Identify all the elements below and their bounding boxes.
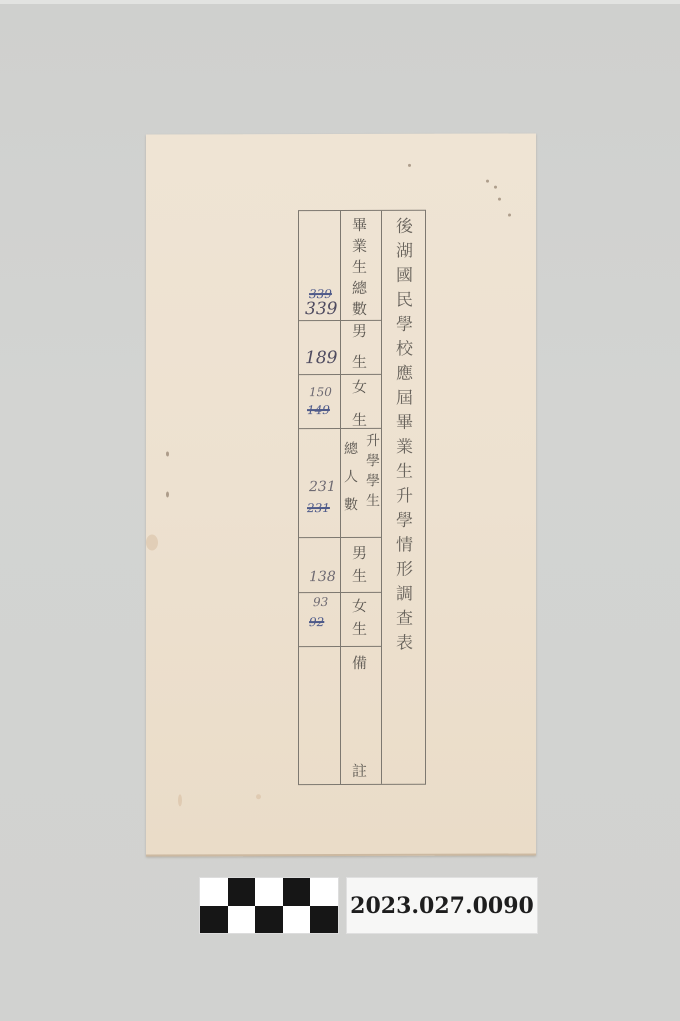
row-divider <box>299 537 381 538</box>
value-female-graduates: 150 <box>309 385 332 399</box>
scale-square-white <box>200 878 228 906</box>
scale-square-white <box>255 878 283 906</box>
ink-speck <box>166 491 169 497</box>
top-frame-edge <box>0 0 680 4</box>
label-total-graduates: 畢業生總數 <box>351 217 366 322</box>
struck-value-further-total: 231 <box>307 501 330 515</box>
column-divider <box>340 211 341 784</box>
label-remarks-top: 備 <box>351 655 366 674</box>
ink-speck <box>498 198 501 201</box>
label-further-study-male: 男生 <box>351 545 366 591</box>
ink-speck <box>408 164 411 167</box>
scale-square-white <box>228 906 256 934</box>
scale-square-white <box>310 878 338 906</box>
struck-value-further-female: 92 <box>309 615 324 629</box>
ink-speck <box>486 180 489 183</box>
column-divider <box>381 211 382 784</box>
foxing-stain <box>256 794 261 799</box>
value-further-study-male: 138 <box>309 569 336 585</box>
foxing-stain <box>146 534 158 550</box>
label-remarks-bottom: 註 <box>351 763 366 782</box>
ink-speck <box>508 214 511 217</box>
scale-square-white <box>283 906 311 934</box>
ink-speck <box>166 451 169 456</box>
struck-value-female: 149 <box>307 403 330 417</box>
row-divider <box>299 646 381 647</box>
value-further-study-female: 93 <box>313 595 328 609</box>
label-further-study-female: 女生 <box>351 598 366 644</box>
label-further-study-total: 總人數 <box>343 441 357 525</box>
accession-number-label: 2023.027.0090 <box>346 877 538 934</box>
scale-square-black <box>200 906 228 934</box>
scale-square-black <box>228 878 256 906</box>
scale-square-black <box>310 906 338 934</box>
accession-number: 2023.027.0090 <box>350 893 534 919</box>
label-male-graduates: 男生 <box>351 323 366 385</box>
row-divider <box>299 428 381 429</box>
value-total-graduates: 339 <box>305 299 337 319</box>
row-divider <box>299 320 381 321</box>
ink-speck <box>494 186 497 189</box>
row-divider <box>299 592 381 593</box>
form-title: 後湖國民學校應屆畢業生升學情形調查表 <box>393 217 410 658</box>
scale-square-black <box>255 906 283 934</box>
color-scale-bar <box>199 877 339 934</box>
foxing-stain <box>178 794 182 806</box>
label-group-further-study: 升學學生 <box>365 433 379 513</box>
value-further-study-total: 231 <box>309 479 336 495</box>
document-paper: 後湖國民學校應屆畢業生升學情形調查表 畢業生總數 男生 女生 升學學生 總人數 … <box>146 133 536 856</box>
scale-square-black <box>283 878 311 906</box>
survey-table: 後湖國民學校應屆畢業生升學情形調查表 畢業生總數 男生 女生 升學學生 總人數 … <box>298 210 426 785</box>
paper-bottom-edge <box>146 853 536 856</box>
row-divider <box>299 374 381 375</box>
value-male-graduates: 189 <box>305 348 337 368</box>
